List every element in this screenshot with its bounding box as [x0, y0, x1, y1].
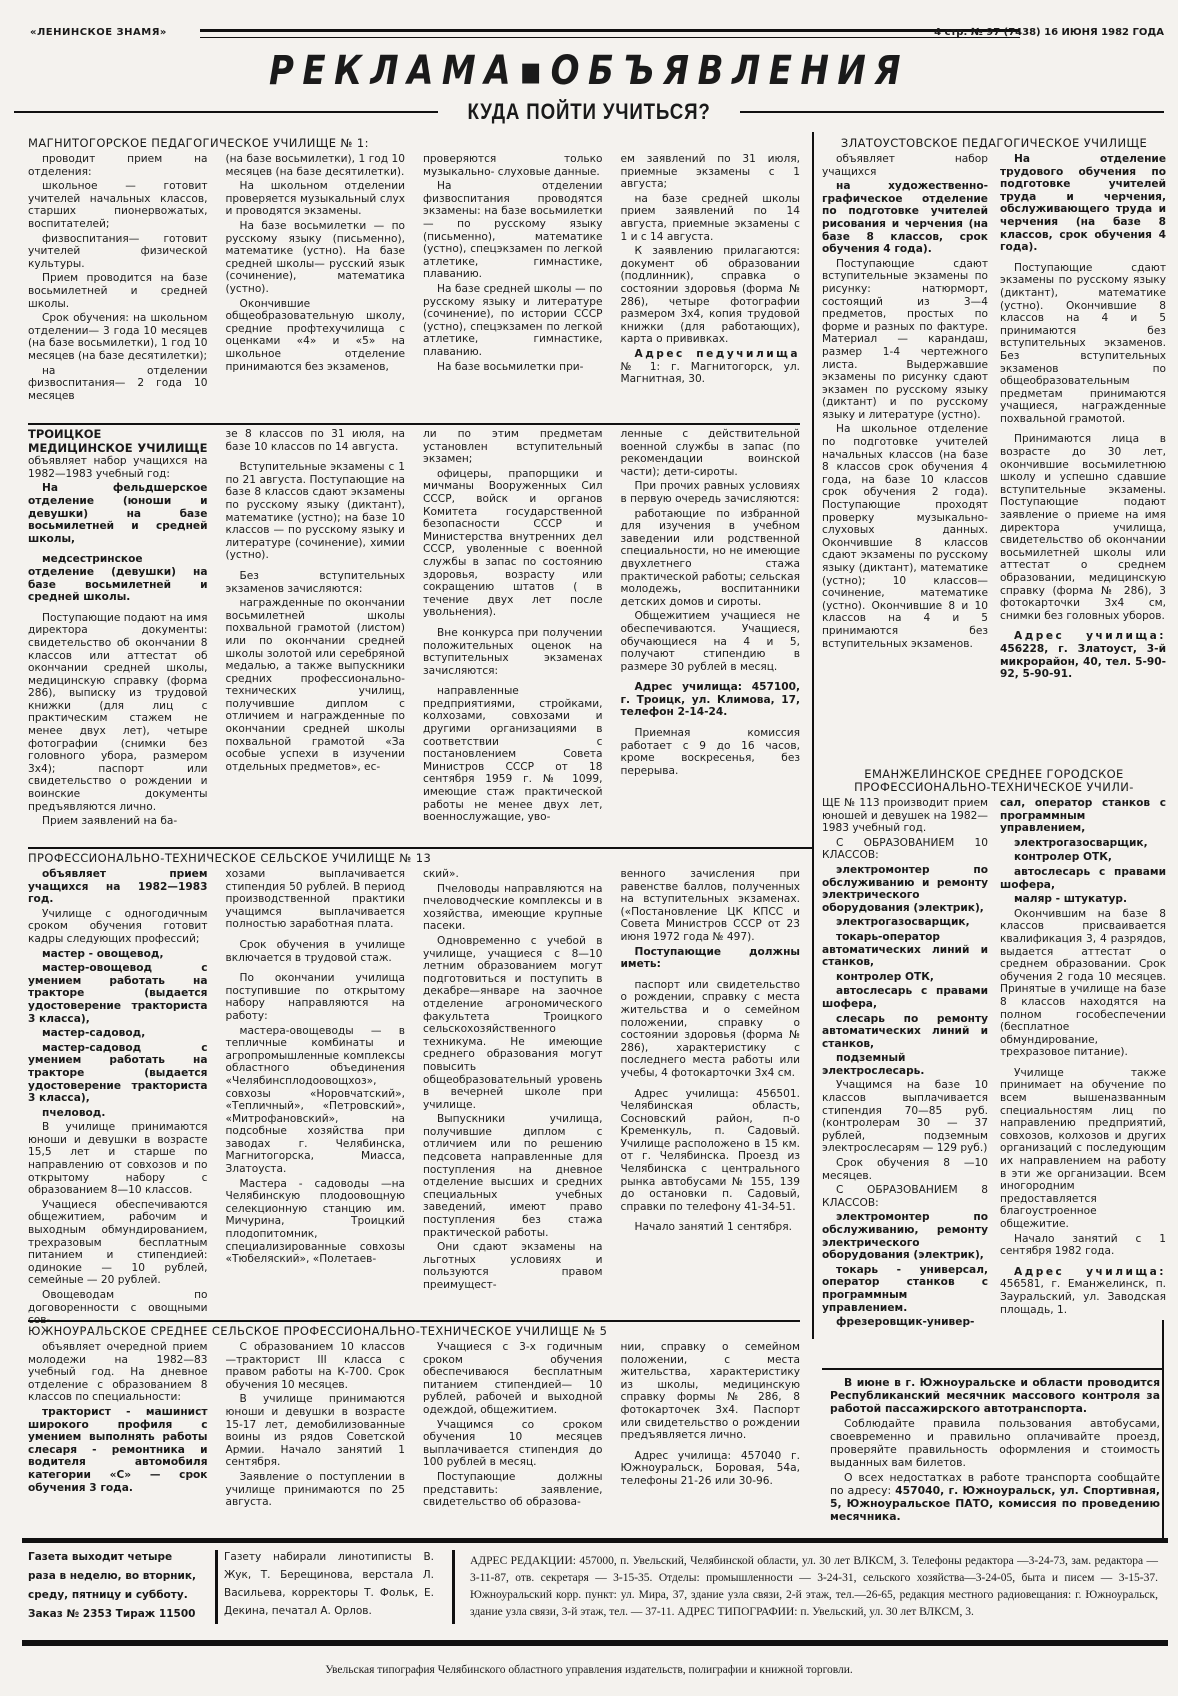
article-column: С образованием 10 классов —тракторист II…	[226, 1341, 406, 1511]
schedule-line: раза в неделю, во вторник,	[28, 1567, 208, 1586]
paragraph: На базе восьмилетки — по русскому языку …	[226, 220, 406, 296]
section-subtitle: КУДА ПОЙТИ УЧИТЬСЯ?	[14, 97, 1164, 127]
paragraph: Училище с одногодичным сроком обучения г…	[28, 908, 208, 946]
paragraph: венного зачисления при равенстве баллов,…	[621, 868, 801, 944]
profession-item: мастер - овощевод,	[28, 948, 208, 961]
paragraph: Выпускники училища, получившие диплом с …	[423, 1113, 603, 1239]
notice-body: В июне в г. Южноуральске и области прово…	[830, 1376, 1160, 1523]
article-heading: ТРОИЦКОЕ МЕДИЦИНСКОЕ УЧИЛИЩЕ	[28, 427, 208, 455]
paragraph: Одновременно с учебой в училище, учащиес…	[423, 935, 603, 1111]
paragraph: ли по этим предметам установлен вступите…	[423, 428, 603, 466]
paragraph: ский».	[423, 868, 603, 881]
paragraph: Срок обучения в училище включается в тру…	[226, 939, 406, 964]
section-divider	[28, 423, 800, 425]
paragraph: Учащиеся с 3-х годичным сроком обучения …	[423, 1341, 603, 1417]
editorial-address: АДРЕС РЕДАКЦИИ: 457000, п. Увельский, Че…	[470, 1553, 1158, 1621]
paragraph: Вне конкурса при получении положительных…	[423, 627, 603, 677]
article-heading: ПРОФЕССИОНАЛЬНО-ТЕХНИЧЕСКОЕ СЕЛЬСКОЕ УЧИ…	[28, 852, 800, 865]
paragraph: Учащимся на базе 10 классов выплачиваетс…	[822, 1079, 988, 1155]
paragraph: На школьное отделение по подготовке учит…	[822, 423, 988, 650]
paragraph: Окончившим на базе 8 классов присваивает…	[1000, 908, 1166, 1059]
issue-info: 4 стр. № 97 (7438) 16 ИЮНЯ 1982 ГОДА	[934, 27, 1164, 38]
publication-schedule: Газета выходит четыре раза в неделю, во …	[28, 1548, 208, 1624]
paragraph: медсестринское отделение (девушки) на ба…	[28, 553, 208, 603]
profession-item: подземный электрослесарь.	[822, 1052, 988, 1077]
article-yuzhnouralsk-5: ЮЖНОУРАЛЬСКОЕ СРЕДНЕЕ СЕЛЬСКОЕ ПРОФЕССИО…	[28, 1325, 800, 1511]
profession-item: автослесарь с правами шофера,	[822, 985, 988, 1010]
article-heading: ЮЖНОУРАЛЬСКОЕ СРЕДНЕЕ СЕЛЬСКОЕ ПРОФЕССИО…	[28, 1325, 800, 1338]
subtitle-text: КУДА ПОЙТИ УЧИТЬСЯ?	[461, 99, 718, 125]
profession-item: электромонтер по обслуживанию, ремонту э…	[822, 1211, 988, 1261]
article-column: нии, справку о семейном положении, с мес…	[621, 1341, 801, 1511]
article-column: зе 8 классов по 31 июля, на базе 10 клас…	[226, 428, 406, 830]
paragraph: Прием проводится на базе восьмилетней и …	[28, 272, 208, 310]
profession-item: автослесарь с правами шофера,	[1000, 866, 1166, 891]
paragraph: С ОБРАЗОВАНИЕМ 8 КЛАССОВ:	[822, 1184, 988, 1209]
article-selskoe-13: ПРОФЕССИОНАЛЬНО-ТЕХНИЧЕСКОЕ СЕЛЬСКОЕ УЧИ…	[28, 852, 800, 1329]
profession-item: пчеловод.	[28, 1107, 208, 1120]
paragraph: проверяются только музыкально- слуховые …	[423, 153, 603, 178]
paragraph: зе 8 классов по 31 июля, на базе 10 клас…	[226, 428, 406, 453]
address-paragraph: Адрес училища: 457100, г. Троицк, ул. Кл…	[621, 681, 801, 719]
paragraph: При прочих равных условиях в первую очер…	[621, 480, 801, 505]
profession-item: электрогазосварщик,	[1000, 837, 1166, 850]
paragraph: Они сдают экзамены на льготных условиях …	[423, 1241, 603, 1291]
paragraph: на отделении физвоспитания— 2 года 10 ме…	[28, 365, 208, 403]
address-paragraph: Адрес училища: 456501. Челябинская облас…	[621, 1088, 801, 1214]
subtitle-rule-left	[14, 111, 438, 113]
paragraph: Общежитием учащиеся не обеспечиваются. У…	[621, 610, 801, 673]
address: 456581, г. Еманжелинск, п. Зауральский, …	[1000, 1278, 1166, 1315]
footer-rule-bottom	[22, 1640, 1168, 1646]
order-circulation: Заказ № 2353 Тираж 11500	[28, 1605, 208, 1624]
schedule-line: среду, пятницу и субботу.	[28, 1586, 208, 1605]
article-heading: МАГНИТОГОРСКОЕ ПЕДАГОГИЧЕСКОЕ УЧИЛИЩЕ № …	[28, 137, 800, 150]
paragraph: нии, справку о семейном положении, с мес…	[621, 1341, 801, 1442]
paragraph: объявляет набор учащихся	[822, 153, 988, 178]
printer-credit: Увельская типография Челябинского област…	[0, 1664, 1178, 1676]
page-title: РЕКЛАМА▪ОБЪЯВЛЕНИЯ	[88, 48, 1089, 94]
paragraph: награжденные по окончании восьмилетней ш…	[226, 597, 406, 773]
article-column: ТРОИЦКОЕ МЕДИЦИНСКОЕ УЧИЛИЩЕ объявляет н…	[28, 428, 208, 830]
paragraph: Соблюдайте правила пользования автобусам…	[830, 1417, 1160, 1469]
paragraph: направленные предприятиями, стройками, к…	[423, 685, 603, 824]
paragraph: На базе восьмилетки при-	[423, 361, 603, 374]
paragraph: хозами выплачивается стипендия 50 рублей…	[226, 868, 406, 931]
paragraph: О всех недостатках в работе транспорта с…	[830, 1471, 1160, 1523]
paragraph: Вступительные экзамены с 1 по 21 августа…	[226, 461, 406, 562]
paragraph: Прием заявлений на ба-	[28, 815, 208, 828]
article-column: На отделение трудового обучения по подго…	[1000, 153, 1166, 683]
article-column: ем заявлений по 31 июля, приемные экзаме…	[621, 153, 801, 404]
paragraph: объявляет прием учащихся на 1982—1983 го…	[28, 868, 208, 906]
article-column: объявляет прием учащихся на 1982—1983 го…	[28, 868, 208, 1329]
column-rule	[812, 847, 814, 1339]
paragraph: тракторист - машинист широкого профиля с…	[28, 1406, 208, 1494]
address: № 1: г. Магнитогорск, ул. Магнитная, 30.	[621, 361, 801, 386]
paragraph: На фельдшерское отделение (юноши и девуш…	[28, 482, 208, 545]
article-column: венного зачисления при равенстве баллов,…	[621, 868, 801, 1329]
notice-transport: В июне в г. Южноуральске и области прово…	[830, 1376, 1160, 1525]
profession-item: токарь - универсал, оператор станков с п…	[822, 1264, 988, 1314]
paragraph: паспорт или свидетельство о рождении, сп…	[621, 979, 801, 1080]
article-column: проверяются только музыкально- слуховые …	[423, 153, 603, 404]
paragraph: На базе средней школы — по русскому язык…	[423, 283, 603, 359]
paragraph: Поступающие сдают экзамены по русскому я…	[1000, 262, 1166, 426]
article-column: объявляет очередной прием молодежи на 19…	[28, 1341, 208, 1511]
article-heading: ЗЛАТОУСТОВСКОЕ ПЕДАГОГИЧЕСКОЕ УЧИЛИЩЕ	[822, 137, 1166, 150]
paragraph: Без вступительных экзаменов зачисляются:	[226, 570, 406, 595]
paragraph: С ОБРАЗОВАНИЕМ 10 КЛАССОВ:	[822, 837, 988, 862]
paragraph: Принимаются лица в возрасте до 30 лет, о…	[1000, 433, 1166, 622]
article-column: сал, оператор станков с программным упра…	[1000, 797, 1166, 1331]
article-column: (на базе восьмилетки), 1 год 10 месяцев …	[226, 153, 406, 404]
paragraph: школьное — готовит учителей начальных кл…	[28, 180, 208, 230]
profession-item: слесарь по ремонту автоматических линий …	[822, 1013, 988, 1051]
paragraph: По окончании училища поступившие по откр…	[226, 972, 406, 1022]
column-rule	[1162, 1320, 1164, 1538]
paragraph: Заявление о поступлении в училище приним…	[226, 1471, 406, 1509]
paragraph: Начало занятий с 1 сентября 1982 года.	[1000, 1233, 1166, 1258]
profession-item: электромонтер по обслуживанию и ремонту …	[822, 864, 988, 914]
paragraph: В училище принимаются юноши и девушки в …	[226, 1393, 406, 1469]
paragraph: на базе средней школы прием заявлений по…	[621, 193, 801, 243]
paragraph: Начало занятий 1 сентября.	[621, 1221, 801, 1234]
profession-item: фрезеровщик-универ-	[822, 1316, 988, 1329]
article-column: проводит прием на отделения: школьное — …	[28, 153, 208, 404]
paragraph: ем заявлений по 31 июля, приемные экзаме…	[621, 153, 801, 191]
address-label: Адрес училища:	[1014, 630, 1166, 642]
profession-item: маляр - штукатур.	[1000, 893, 1166, 906]
footer-rule-top	[22, 1538, 1168, 1543]
address-paragraph: Адрес училища: 456228, г. Златоуст, 3-й …	[1000, 630, 1166, 680]
paragraph: Приемная комиссия работает с 9 до 16 час…	[621, 727, 801, 777]
schedule-line: Газета выходит четыре	[28, 1548, 208, 1567]
address: 456228, г. Златоуст, 3-й микрорайон, 40,…	[1000, 643, 1166, 680]
article-column: ский». Пчеловоды направляются на пчелово…	[423, 868, 603, 1329]
column-rule	[812, 132, 814, 852]
article-column: хозами выплачивается стипендия 50 рублей…	[226, 868, 406, 1329]
paragraph: ленные с действительной военной службы в…	[621, 428, 801, 478]
profession-item: сал, оператор станков с программным упра…	[1000, 797, 1166, 835]
paragraph: ЩЕ № 113 производит прием юношей и девуш…	[822, 797, 988, 835]
profession-item: контролер ОТК,	[1000, 851, 1166, 864]
paragraph: ТРОИЦКОЕ МЕДИЦИНСКОЕ УЧИЛИЩЕ объявляет н…	[28, 428, 208, 480]
paragraph: Учащимся со сроком обучения 10 месяцев в…	[423, 1419, 603, 1469]
article-column: объявляет набор учащихся на художественн…	[822, 153, 988, 683]
section-divider	[28, 847, 812, 849]
paragraph: (на базе восьмилетки), 1 год 10 месяцев …	[226, 153, 406, 178]
paragraph: На отделение трудового обучения по подго…	[1000, 153, 1166, 254]
paragraph: мастера-овощеводы — в тепличные комбинат…	[226, 1025, 406, 1176]
paragraph: Поступающие подают на имя директора доку…	[28, 612, 208, 814]
paragraph: работающие по избранной для изучения в у…	[621, 508, 801, 609]
section-divider	[822, 1368, 1162, 1370]
typesetting-credits: Газету набирали линотиписты В. Жук, Т. Б…	[224, 1548, 434, 1620]
article-emanzhelinsk: ЕМАНЖЕЛИНСКОЕ СРЕДНЕЕ ГОРОДСКОЕ ПРОФЕССИ…	[822, 768, 1166, 1331]
profession-item: токарь-оператор автоматических линий и с…	[822, 931, 988, 969]
paragraph: На школьном отделении проверяется музыка…	[226, 180, 406, 218]
paragraph: на художественно- графическое отделение …	[822, 180, 988, 256]
article-column: ленные с действительной военной службы в…	[621, 428, 801, 830]
text: объявляет набор учащихся на 1982—1983 уч…	[28, 455, 208, 480]
article-zlatoust: ЗЛАТОУСТОВСКОЕ ПЕДАГОГИЧЕСКОЕ УЧИЛИЩЕ об…	[822, 137, 1166, 683]
paragraph: Пчеловоды направляются на пчеловодческие…	[423, 883, 603, 933]
paragraph: объявляет очередной прием молодежи на 19…	[28, 1341, 208, 1404]
article-column: ЩЕ № 113 производит прием юношей и девуш…	[822, 797, 988, 1331]
paragraph: Мастера - садоводы —на Челябинскую плодо…	[226, 1178, 406, 1266]
article-magnitogorsk: МАГНИТОГОРСКОЕ ПЕДАГОГИЧЕСКОЕ УЧИЛИЩЕ № …	[28, 137, 800, 404]
paragraph: Учащиеся обеспечиваются общежитием, рабо…	[28, 1199, 208, 1287]
profession-item: мастер-овощевод с умением работать на тр…	[28, 962, 208, 1025]
paragraph: В училище принимаются юноши и девушки в …	[28, 1121, 208, 1197]
profession-item: мастер-садовод,	[28, 1027, 208, 1040]
paragraph: офицеры, прапорщики и мичманы Вооруженны…	[423, 468, 603, 619]
paragraph: Поступающие должны представить: заявлени…	[423, 1471, 603, 1509]
article-heading: ЕМАНЖЕЛИНСКОЕ СРЕДНЕЕ ГОРОДСКОЕ ПРОФЕССИ…	[822, 768, 1166, 794]
paragraph: физвоспитания— готовит учителей физическ…	[28, 233, 208, 271]
paper-name: «ЛЕНИНСКОЕ ЗНАМЯ»	[30, 27, 167, 38]
section-divider	[28, 1320, 800, 1322]
article-column: Учащиеся с 3-х годичным сроком обучения …	[423, 1341, 603, 1511]
address-paragraph: Адрес училища: 456581, г. Еманжелинск, п…	[1000, 1266, 1166, 1316]
masthead-rule	[200, 29, 1020, 38]
address-label: Адрес училища:	[1014, 1266, 1166, 1278]
profession-item: электрогазосварщик,	[822, 916, 988, 929]
paragraph: Поступающие сдают вступительные экзамены…	[822, 258, 988, 422]
subtitle-rule-right	[740, 111, 1164, 113]
paragraph: Окончившие общеобразовательную школу, ср…	[226, 298, 406, 374]
paragraph: К заявлению прилагаются: документ об обр…	[621, 245, 801, 346]
profession-item: мастер-садовод с умением работать на тра…	[28, 1042, 208, 1105]
article-column: ли по этим предметам установлен вступите…	[423, 428, 603, 830]
footer-rule	[215, 1550, 218, 1624]
paragraph: проводит прием на отделения:	[28, 153, 208, 178]
paragraph: Училище также принимает на обучение по в…	[1000, 1067, 1166, 1231]
paragraph: На отделении физвоспитания проводятся эк…	[423, 180, 603, 281]
notice-lead: В июне в г. Южноуральске и области прово…	[830, 1376, 1160, 1415]
address-paragraph: Адрес педучилища № 1: г. Магнитогорск, у…	[621, 348, 801, 386]
address-label: Адрес педучилища	[635, 348, 801, 360]
profession-item: контролер ОТК,	[822, 971, 988, 984]
paragraph: Срок обучения 8 —10 месяцев.	[822, 1157, 988, 1182]
paragraph: Срок обучения: на школьном отделении— 3 …	[28, 312, 208, 362]
paragraph: Поступающие должны иметь:	[621, 946, 801, 971]
footer-rule	[452, 1550, 455, 1624]
address-paragraph: Адрес училища: 457040 г. Южноуральск, Бо…	[621, 1450, 801, 1488]
paragraph: С образованием 10 классов —тракторист II…	[226, 1341, 406, 1391]
article-troitsk: ТРОИЦКОЕ МЕДИЦИНСКОЕ УЧИЛИЩЕ объявляет н…	[28, 428, 800, 830]
